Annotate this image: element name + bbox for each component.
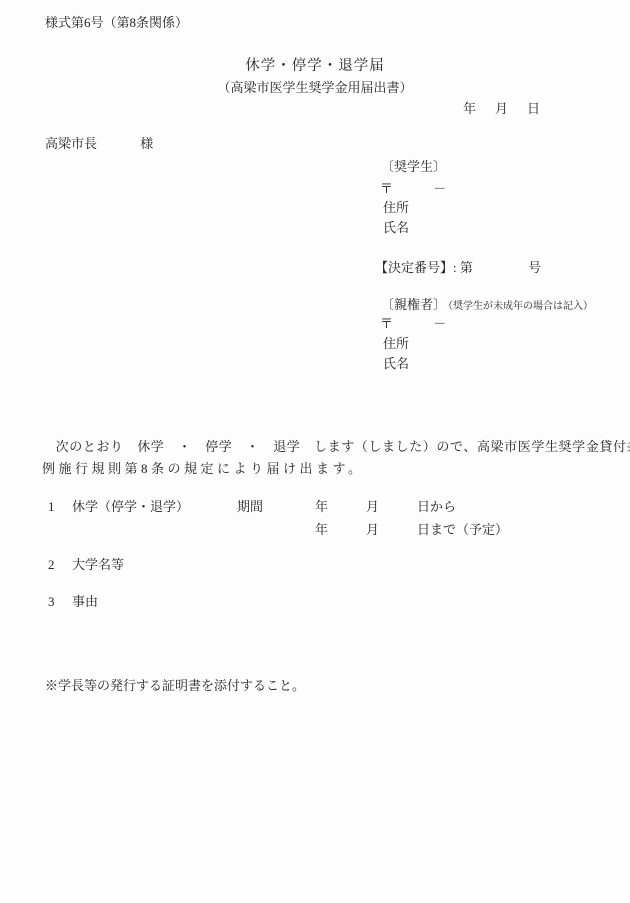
decision-number-line: 【決定番号】: 第 号 [375, 260, 541, 276]
form-number: 様式第6号（第8条関係） [45, 15, 188, 31]
guardian-address-label: 住所 [383, 336, 409, 352]
guardian-postal-line: 〒 － [380, 316, 446, 332]
body-paragraph-line2: 例施行規則第8条の規定により届け出ます。 [42, 461, 364, 477]
guardian-postal-dash: － [433, 316, 446, 331]
page-subtitle: （高梁市医学生奨学金用届出書） [0, 80, 630, 96]
guardian-section-label: 〔親権者〕 [381, 297, 446, 312]
date-month-label: 月 [495, 101, 508, 117]
scholar-postal-mark: 〒 [380, 181, 393, 196]
addressee-name: 高梁市長 [45, 136, 97, 151]
item1-label: 休学（停学・退学） [72, 499, 189, 515]
date-line: 年 月 日 [463, 101, 540, 117]
scholar-address-label: 住所 [383, 200, 409, 216]
item1-row2-month-label: 月 [366, 522, 379, 538]
guardian-name-label: 氏名 [383, 356, 409, 372]
body-paragraph-line1: 次のとおり 休学 ・ 停学 ・ 退学 します（しました）ので、高梁市医学生奨学金… [42, 439, 630, 455]
item3-label: 事由 [72, 594, 98, 610]
scholar-postal-line: 〒 － [380, 181, 446, 197]
guardian-section-note: （奨学生が未成年の場合は記入） [448, 301, 593, 312]
item1-row2-year-label: 年 [315, 522, 328, 538]
item1-row1-year-label: 年 [315, 499, 328, 515]
page-title: 休学・停学・退学届 [0, 57, 630, 75]
item3-number: 3 [48, 594, 55, 610]
scholar-section-label: 〔奨学生〕 [381, 159, 446, 175]
scholar-postal-dash: － [433, 181, 446, 196]
scholar-name-label: 氏名 [383, 220, 409, 236]
date-day-label: 日 [527, 101, 540, 117]
decision-number-label: 【決定番号】: 第 [375, 260, 473, 275]
addressee-honorific: 様 [140, 136, 153, 151]
item1-period-label: 期間 [237, 499, 263, 515]
item1-row1-month-label: 月 [366, 499, 379, 515]
date-year-label: 年 [463, 101, 476, 117]
item2-number: 2 [48, 557, 55, 573]
guardian-section-line: 〔親権者〕（奨学生が未成年の場合は記入） [381, 297, 593, 314]
item2-label: 大学名等 [72, 557, 124, 573]
decision-number-suffix: 号 [528, 260, 541, 275]
attachment-note: ※学長等の発行する証明書を添付すること。 [45, 678, 305, 694]
item1-row2-day-label: 日まで（予定） [417, 522, 508, 538]
guardian-postal-mark: 〒 [380, 316, 393, 331]
addressee-line: 高梁市長 様 [45, 136, 153, 152]
document-page: 様式第6号（第8条関係） 休学・停学・退学届 （高梁市医学生奨学金用届出書） 年… [0, 0, 630, 903]
item1-row1-day-label: 日から [417, 499, 456, 515]
item1-number: 1 [48, 499, 55, 515]
